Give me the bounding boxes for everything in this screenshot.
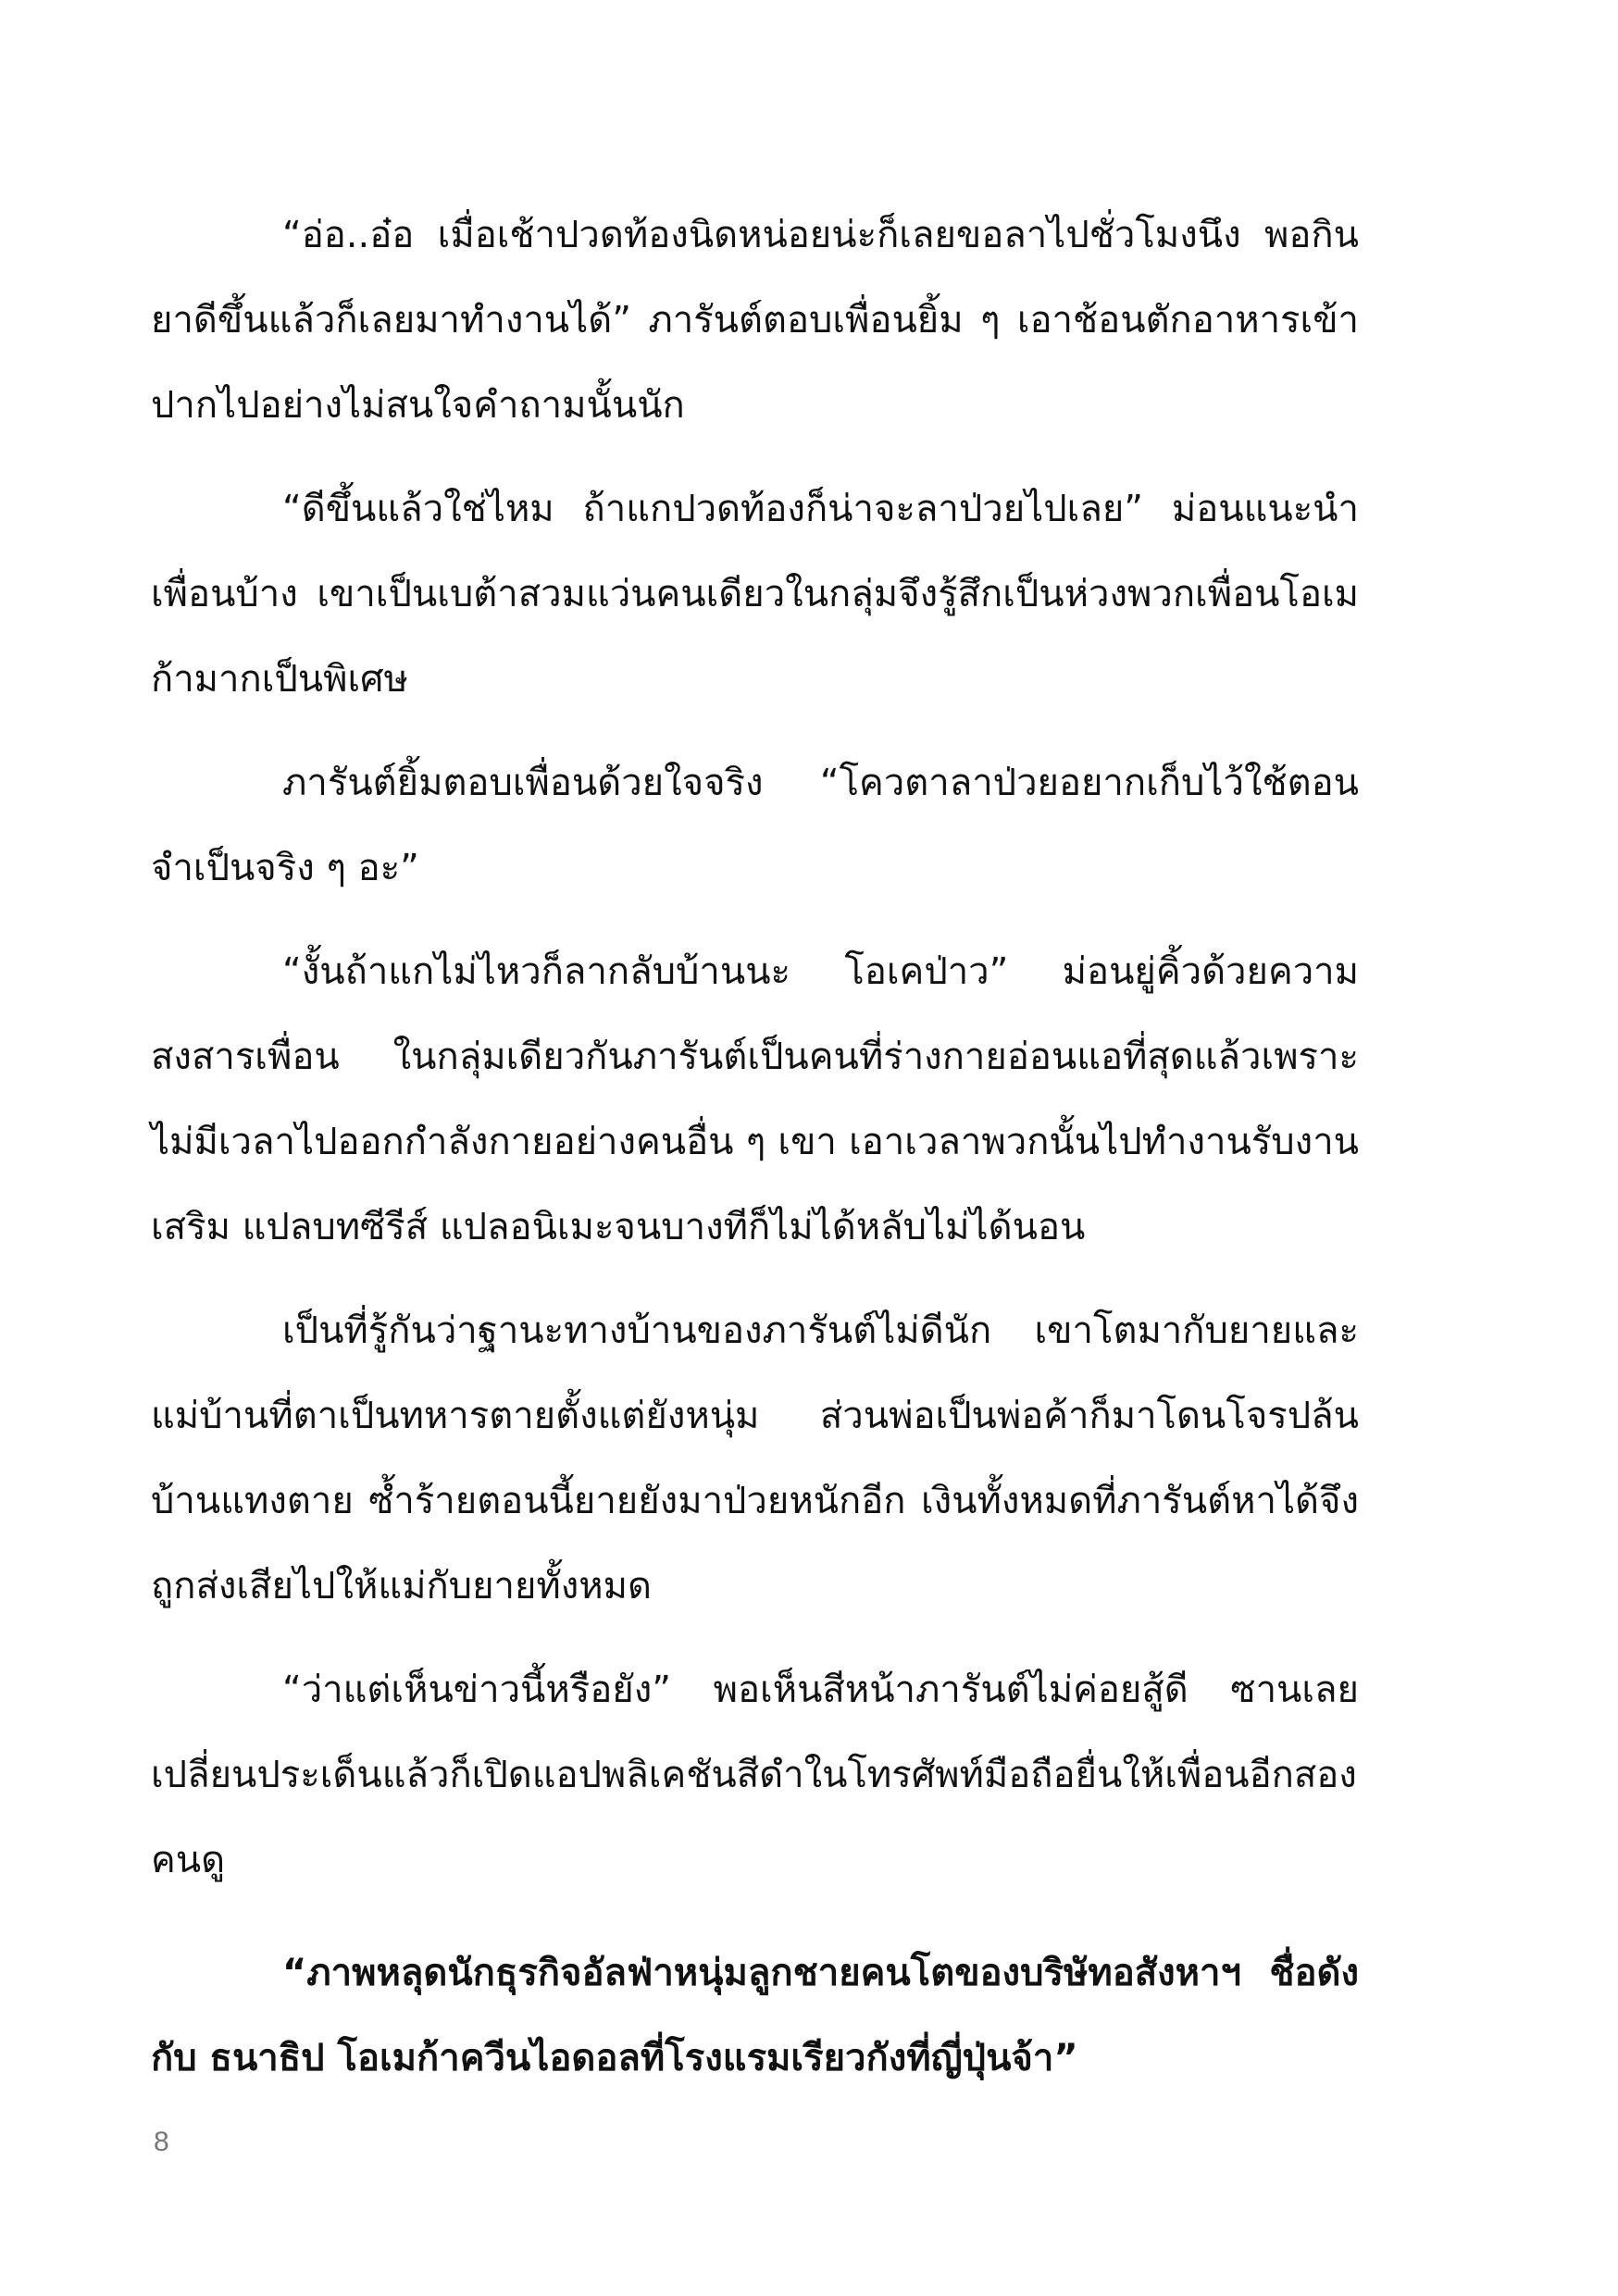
body-text: “อ่อ..อ๋อ เมื่อเช้าปวดท้องนิดหน่อยน่ะก็เ… [151,192,1359,2119]
paragraph-2: “ดีขึ้นแล้วใช่ไหม ถ้าแกปวดท้องก็น่าจะลาป… [151,466,1359,722]
paragraph-5: เป็นที่รู้กันว่าฐานะทางบ้านของภารันต์ไม่… [151,1288,1359,1629]
page-number: 8 [154,2127,169,2158]
document-page: “อ่อ..อ๋อ เมื่อเช้าปวดท้องนิดหน่อยน่ะก็เ… [0,0,1618,2296]
paragraph-1: “อ่อ..อ๋อ เมื่อเช้าปวดท้องนิดหน่อยน่ะก็เ… [151,192,1359,448]
paragraph-3: ภารันต์ยิ้มตอบเพื่อนด้วยใจจริง “โควตาลาป… [151,740,1359,911]
paragraph-6: “ว่าแต่เห็นข่าวนี้หรือยัง” พอเห็นสีหน้าภ… [151,1647,1359,1903]
paragraph-4: “งั้นถ้าแกไม่ไหวก็ลากลับบ้านนะ โอเคป่าว”… [151,929,1359,1270]
paragraph-7-headline: “ภาพหลุดนักธุรกิจอัลฟ่าหนุ่มลูกชายคนโตขอ… [151,1930,1359,2101]
